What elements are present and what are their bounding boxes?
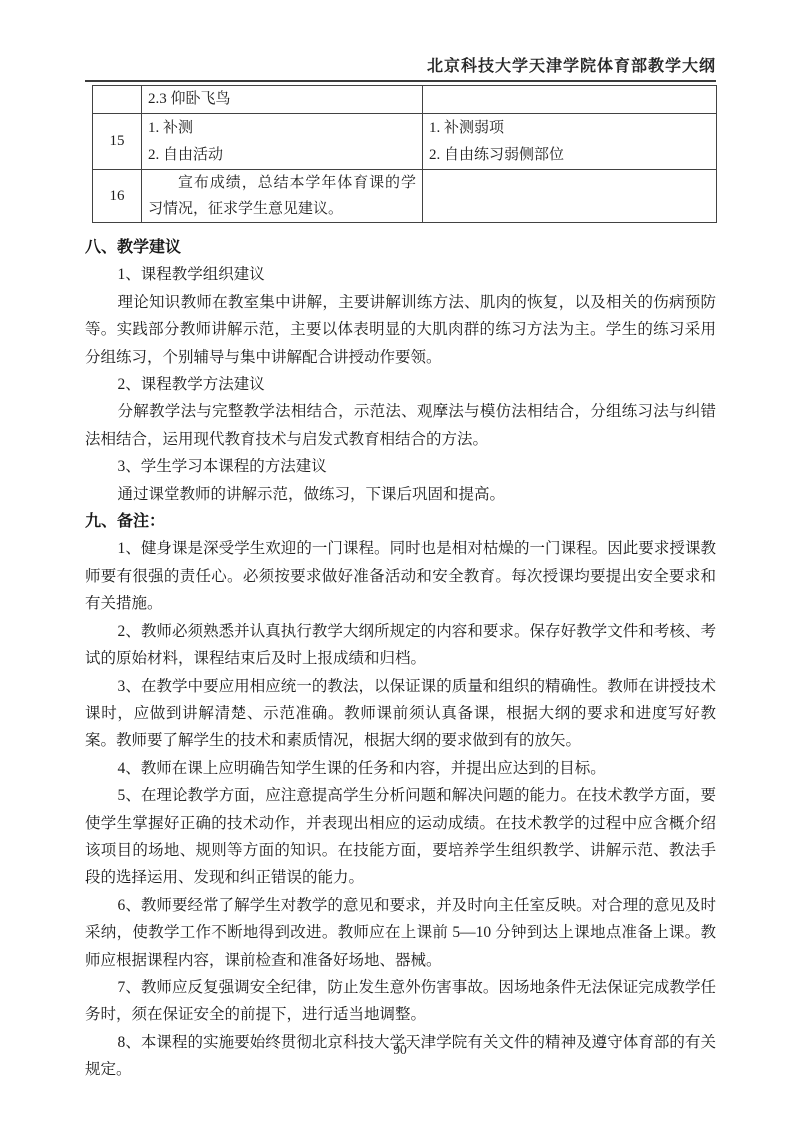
content-area: 北京科技大学天津学院体育部教学大纲 2.3 仰卧飞鸟 15 1. 补测 2. 自… bbox=[85, 0, 716, 1084]
cell-line: 2. 自由练习弱侧部位 bbox=[429, 142, 710, 169]
page-header: 北京科技大学天津学院体育部教学大纲 bbox=[85, 0, 716, 82]
table-row: 16 宣布成绩，总结本学年体育课的学习情况，征求学生意见建议。 bbox=[93, 170, 717, 223]
paragraph: 理论知识教师在教室集中讲解，主要讲解训练方法、肌肉的恢复，以及相关的伤病预防等。… bbox=[85, 289, 716, 371]
requirements-cell bbox=[423, 86, 717, 114]
requirements-cell bbox=[423, 170, 717, 223]
page-number: 90 bbox=[0, 1042, 800, 1058]
table-row: 2.3 仰卧飞鸟 bbox=[93, 86, 717, 114]
cell-line: 宣布成绩，总结本学年体育课的学习情况，征求学生意见建议。 bbox=[148, 170, 416, 222]
cell-line: 1. 补测弱项 bbox=[429, 115, 710, 142]
paragraph: 1、课程教学组织建议 bbox=[85, 261, 716, 288]
paragraph: 3、学生学习本课程的方法建议 bbox=[85, 453, 716, 480]
table-row: 15 1. 补测 2. 自由活动 1. 补测弱项 2. 自由练习弱侧部位 bbox=[93, 114, 717, 170]
paragraph: 7、教师应反复强调安全纪律，防止发生意外伤害事故。因场地条件无法保证完成教学任务… bbox=[85, 974, 716, 1029]
paragraph: 分解教学法与完整教学法相结合，示范法、观摩法与模仿法相结合，分组练习法与纠错法相… bbox=[85, 398, 716, 453]
paragraph: 通过课堂教师的讲解示范，做练习，下课后巩固和提高。 bbox=[85, 481, 716, 508]
activities-cell: 1. 补测 2. 自由活动 bbox=[142, 114, 423, 170]
activities-cell: 2.3 仰卧飞鸟 bbox=[142, 86, 423, 114]
paragraph: 2、课程教学方法建议 bbox=[85, 371, 716, 398]
paragraph: 1、健身课是深受学生欢迎的一门课程。同时也是相对枯燥的一门课程。因此要求授课教师… bbox=[85, 535, 716, 617]
requirements-cell: 1. 补测弱项 2. 自由练习弱侧部位 bbox=[423, 114, 717, 170]
paragraph: 2、教师必须熟悉并认真执行教学大纲所规定的内容和要求。保存好教学文件和考核、考试… bbox=[85, 618, 716, 673]
paragraph: 6、教师要经常了解学生对教学的意见和要求，并及时向主任室反映。对合理的意见及时采… bbox=[85, 892, 716, 974]
paragraph: 3、在教学中要应用相应统一的教法，以保证课的质量和组织的精确性。教师在讲授技术课… bbox=[85, 673, 716, 755]
paragraph: 5、在理论教学方面，应注意提高学生分析问题和解决问题的能力。在技术教学方面，要使… bbox=[85, 782, 716, 892]
schedule-table: 2.3 仰卧飞鸟 15 1. 补测 2. 自由活动 1. 补测弱项 2. 自由练… bbox=[92, 85, 717, 223]
week-cell: 16 bbox=[93, 170, 142, 223]
paragraph: 4、教师在课上应明确告知学生课的任务和内容，并提出应达到的目标。 bbox=[85, 755, 716, 782]
document-body: 八、教学建议 1、课程教学组织建议 理论知识教师在教室集中讲解，主要讲解训练方法… bbox=[85, 234, 716, 1084]
week-cell bbox=[93, 86, 142, 114]
activities-cell: 宣布成绩，总结本学年体育课的学习情况，征求学生意见建议。 bbox=[142, 170, 423, 223]
cell-line: 2.3 仰卧飞鸟 bbox=[148, 86, 416, 113]
section-8-heading: 八、教学建议 bbox=[85, 234, 716, 261]
section-9-heading: 九、备注： bbox=[85, 508, 716, 535]
document-page: 北京科技大学天津学院体育部教学大纲 2.3 仰卧飞鸟 15 1. 补测 2. 自… bbox=[0, 0, 800, 1131]
week-cell: 15 bbox=[93, 114, 142, 170]
cell-line: 2. 自由活动 bbox=[148, 142, 416, 169]
header-title: 北京科技大学天津学院体育部教学大纲 bbox=[427, 58, 716, 75]
cell-line: 1. 补测 bbox=[148, 115, 416, 142]
